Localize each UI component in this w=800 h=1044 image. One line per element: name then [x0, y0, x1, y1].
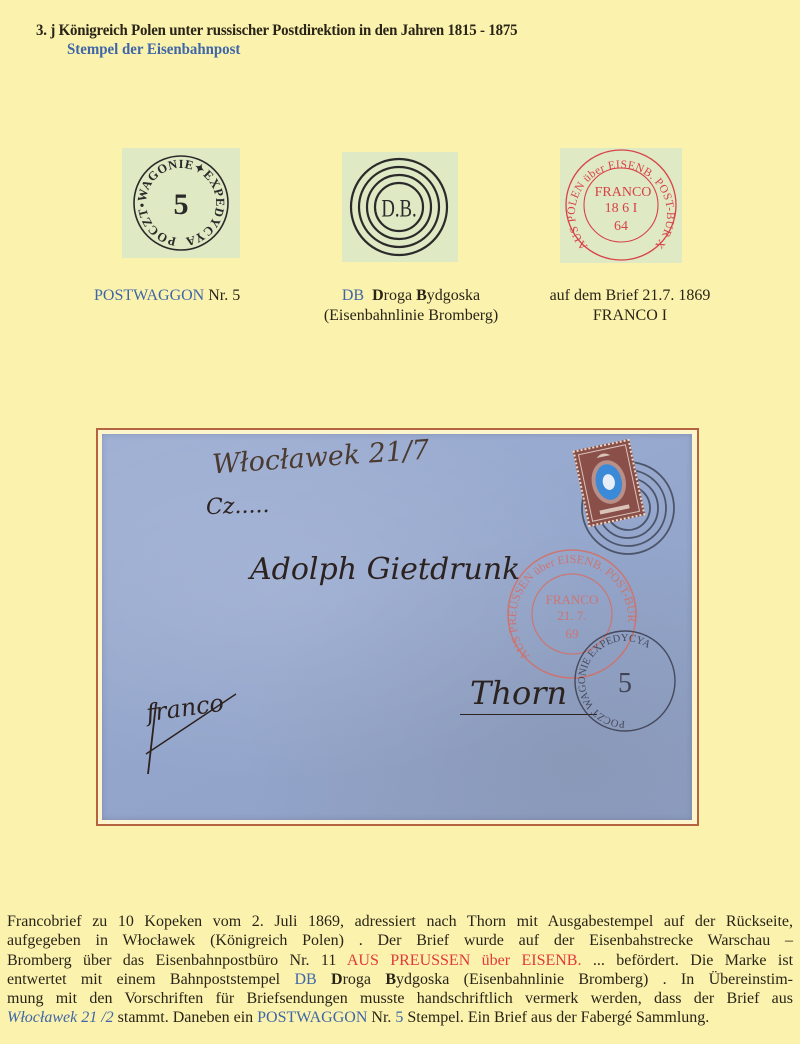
svg-text:D.B.: D.B.: [381, 194, 416, 222]
db-caption-d: D: [372, 287, 384, 304]
cover-envelope: Włocławek 21/7 Cz..... Adolph Gietdrunk …: [102, 434, 692, 820]
postwaggon-cancel-image: POCZT•WAGONIE✦EXPEDYCYA 5: [122, 148, 240, 258]
description-segment: roga: [343, 971, 386, 988]
description-segment: POSTWAGGON: [257, 1009, 367, 1026]
black-postwaggon-cancel-icon: POCZT WAGONIE EXPEDYCYA 5: [570, 626, 680, 736]
description-line: Włocławek 21 /2 stammt. Daneben ein POST…: [7, 1008, 793, 1027]
description-segment: aufgegeben in Włocławek (Königreich Pole…: [7, 932, 793, 949]
description-line: Francobrief zu 10 Kopeken vom 2. Juli 18…: [7, 912, 793, 931]
handwritten-greeting: Cz.....: [206, 493, 270, 520]
db-cancel-image: D.B.: [342, 152, 458, 262]
db-caption-roga: roga: [384, 287, 416, 304]
handwritten-addressee: Adolph Gietdrunk: [250, 552, 520, 587]
description-line: entwertet mit einem Bahnpoststempel DB D…: [7, 970, 793, 989]
svg-text:5: 5: [174, 188, 189, 221]
description-segment: D: [331, 971, 343, 988]
postwaggon-caption: POSTWAGGON Nr. 5: [94, 286, 240, 306]
description-segment: AUS PREUSSEN über EISENB.: [347, 952, 582, 969]
description-segment: [317, 971, 331, 988]
description-text: Francobrief zu 10 Kopeken vom 2. Juli 18…: [7, 912, 793, 1028]
description-segment: B: [385, 971, 396, 988]
description-segment: DB: [294, 971, 316, 988]
concentric-rings-icon: D.B.: [342, 152, 458, 262]
svg-text:21. 7.: 21. 7.: [557, 608, 586, 623]
db-caption-abbr: DB: [342, 287, 364, 304]
description-segment: entwertet mit einem Bahnpoststempel: [7, 971, 294, 988]
description-segment: Włocławek 21 /2: [7, 1009, 114, 1026]
franco-cancel-image: AUS POLEN über EISENB. POST-BUR XI FRANC…: [560, 148, 682, 263]
postwaggon-cancel-icon: POCZT•WAGONIE✦EXPEDYCYA 5: [122, 148, 240, 258]
franco-cancel-icon: AUS POLEN über EISENB. POST-BUR XI FRANC…: [560, 148, 682, 263]
handwritten-origin: Włocławek 21/7: [211, 434, 430, 480]
svg-text:FRANCO: FRANCO: [546, 592, 599, 607]
description-segment: stammt. Daneben ein: [114, 1009, 258, 1026]
db-caption-b: B: [416, 287, 427, 304]
handwriting-stroke-icon: [126, 674, 246, 784]
description-segment: ... befördert. Die Marke ist: [581, 952, 793, 969]
franco-caption-line1: auf dem Brief 21.7. 1869: [530, 286, 730, 306]
db-caption: DB Droga Bydgoska (Eisenbahnlinie Brombe…: [303, 286, 519, 326]
description-segment: Nr.: [367, 1009, 395, 1026]
page-title: 3. j Königreich Polen unter russischer P…: [36, 22, 517, 40]
db-caption-ydgoska: ydgoska: [427, 287, 480, 304]
svg-text:18 6 I: 18 6 I: [605, 201, 638, 216]
description-line: mung mit den Vorschriften für Briefsendu…: [7, 989, 793, 1008]
description-segment: Francobrief zu 10 Kopeken vom 2. Juli 18…: [7, 913, 793, 930]
description-segment: Bromberg über das Eisenbahnpostbüro Nr. …: [7, 952, 347, 969]
page-subtitle: Stempel der Eisenbahnpost: [67, 41, 240, 59]
svg-text:64: 64: [614, 219, 628, 234]
description-segment: mung mit den Vorschriften für Briefsendu…: [7, 990, 793, 1007]
postwaggon-caption-number: Nr. 5: [204, 287, 240, 304]
franco-caption-line2: FRANCO I: [530, 306, 730, 326]
franco-caption: auf dem Brief 21.7. 1869 FRANCO I: [530, 286, 730, 326]
svg-text:5: 5: [618, 668, 632, 699]
description-line: Bromberg über das Eisenbahnpostbüro Nr. …: [7, 951, 793, 970]
description-line: aufgegeben in Włocławek (Königreich Pole…: [7, 931, 793, 950]
db-caption-line2: (Eisenbahnlinie Bromberg): [303, 306, 519, 326]
description-segment: Stempel. Ein Brief aus der Fabergé Samml…: [403, 1009, 709, 1026]
svg-text:FRANCO: FRANCO: [595, 185, 652, 200]
postwaggon-caption-label: POSTWAGGON: [94, 287, 204, 304]
description-segment: ydgoska (Eisenbahnlinie Bromberg) . In Ü…: [396, 971, 793, 988]
